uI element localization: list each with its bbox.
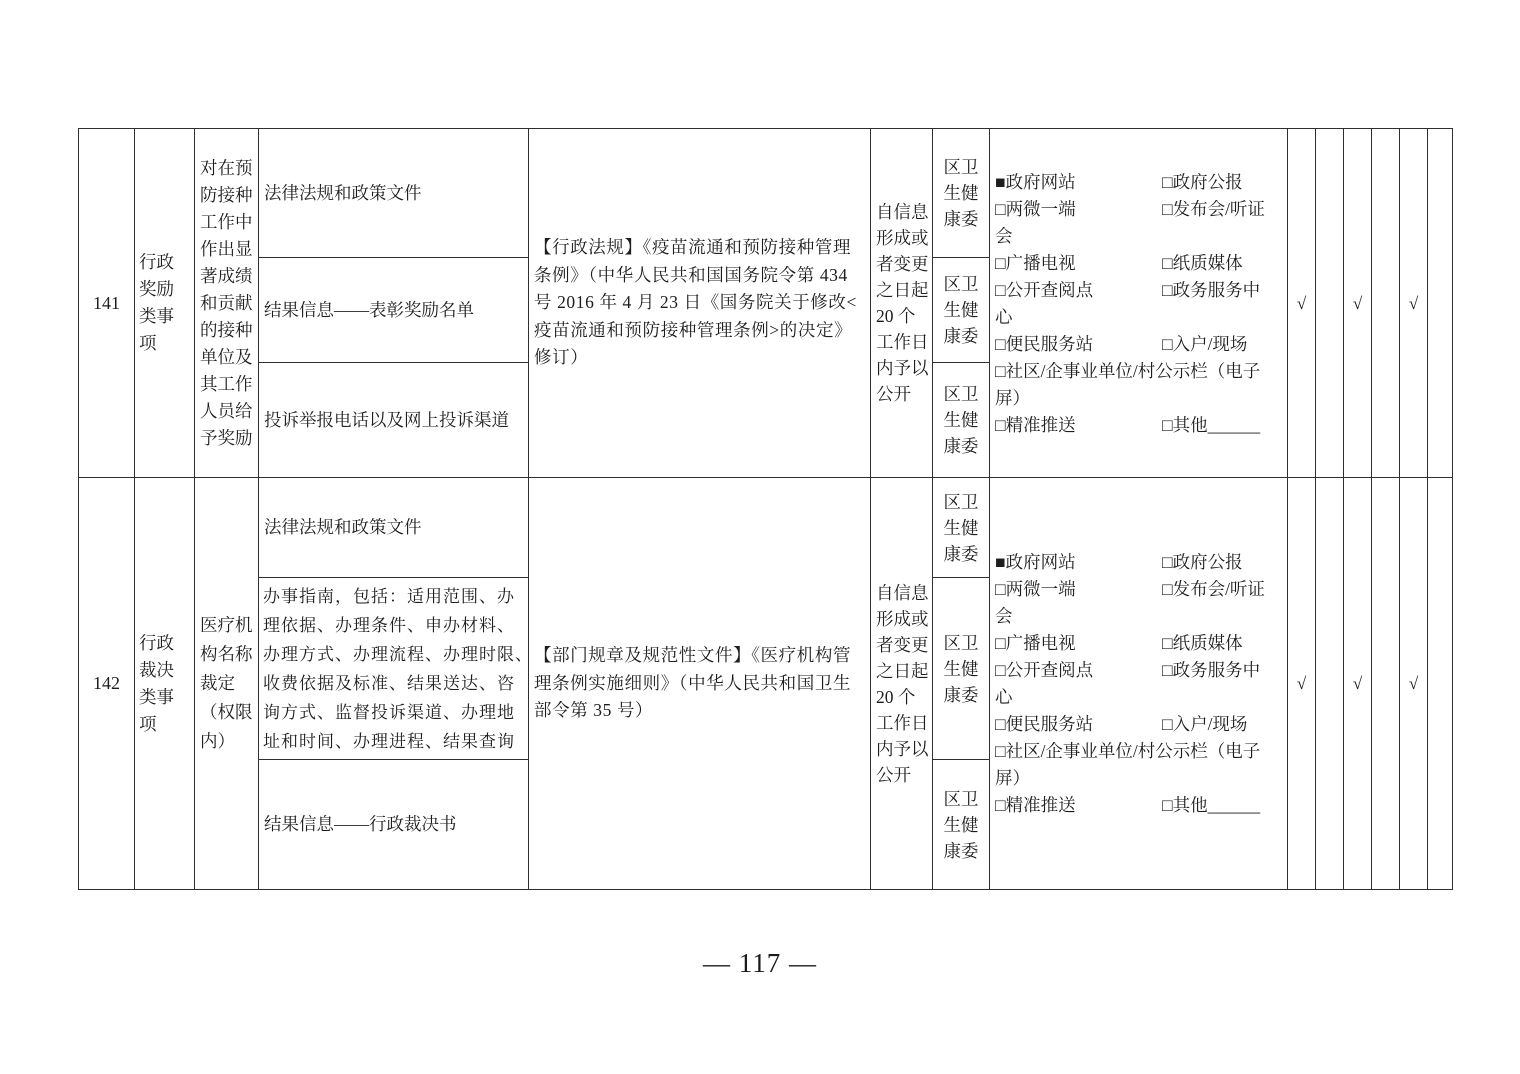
item-name-cell-142: 医疗机 构名称 裁定 （权限 内）	[194, 477, 258, 889]
document-page: 141 行政 奖励 类事 项 对在预 防接种 工作中 作出显 著成绩 和贡献 的…	[0, 0, 1520, 1074]
timing-cell-142: 自信息 形成或 者变更 之日起 20 个 工作日 内予以 公开	[870, 477, 932, 889]
content-cell-141-2: 结果信息——表彰奖励名单	[258, 257, 528, 362]
check-cell-141-4	[1371, 129, 1399, 477]
agency-cell-142-1: 区卫 生健 康委	[932, 477, 989, 577]
item-name-cell-141: 对在预 防接种 工作中 作出显 著成绩 和贡献 的接种 单位及 其工作 人员给 …	[194, 129, 258, 477]
agency-cell-142-2: 区卫 生健 康委	[932, 577, 989, 759]
check-cell-141-3: √	[1343, 129, 1371, 477]
seq-cell-142: 142	[79, 477, 134, 889]
check-cell-142-3: √	[1343, 477, 1371, 889]
content-cell-142-3: 结果信息——行政裁决书	[258, 759, 528, 889]
category-cell-142: 行政 裁决 类事 项	[134, 477, 194, 889]
content-cell-142-1: 法律法规和政策文件	[258, 477, 528, 577]
content-cell-142-2: 办事指南，包括：适用范围、办 理依据、办理条件、申办材料、 办理方式、办理流程、…	[258, 577, 528, 759]
check-cell-141-1: √	[1287, 129, 1315, 477]
content-cell-141-3: 投诉举报电话以及网上投诉渠道	[258, 362, 528, 477]
channels-cell-141: ■政府网站 □两微一端 会 □广播电视 □公开查阅点 心 □便民服务站 □社区/…	[989, 129, 1287, 477]
legal-basis-cell-141: 【行政法规】《疫苗流通和预防接种管理 条例》（中华人民共和国国务院令第 434 …	[528, 129, 870, 477]
channels-right-column: □政府公报 □发布会/听证 □纸质媒体 □政务服务中 □入户/现场 □其他___…	[1162, 549, 1265, 819]
channels-cell-142: ■政府网站 □两微一端 会 □广播电视 □公开查阅点 心 □便民服务站 □社区/…	[989, 477, 1287, 889]
agency-cell-141-3: 区卫 生健 康委	[932, 362, 989, 477]
check-cell-141-2	[1315, 129, 1343, 477]
seq-cell-141: 141	[79, 129, 134, 477]
check-cell-142-2	[1315, 477, 1343, 889]
check-cell-141-6	[1427, 129, 1452, 477]
timing-cell-141: 自信息 形成或 者变更 之日起 20 个 工作日 内予以 公开	[870, 129, 932, 477]
check-cell-142-5: √	[1399, 477, 1427, 889]
agency-cell-141-1: 区卫 生健 康委	[932, 129, 989, 257]
agency-cell-142-3: 区卫 生健 康委	[932, 759, 989, 889]
legal-basis-cell-142: 【部门规章及规范性文件】《医疗机构管 理条例实施细则》（中华人民共和国卫生 部令…	[528, 477, 870, 889]
page-number: — 117 —	[0, 948, 1520, 979]
check-cell-141-5: √	[1399, 129, 1427, 477]
category-cell-141: 行政 奖励 类事 项	[134, 129, 194, 477]
channels-right-column: □政府公报 □发布会/听证 □纸质媒体 □政务服务中 □入户/现场 □其他___…	[1162, 169, 1265, 439]
disclosure-matters-table: 141 行政 奖励 类事 项 对在预 防接种 工作中 作出显 著成绩 和贡献 的…	[78, 128, 1453, 890]
agency-cell-141-2: 区卫 生健 康委	[932, 257, 989, 362]
content-cell-141-1: 法律法规和政策文件	[258, 129, 528, 257]
check-cell-142-1: √	[1287, 477, 1315, 889]
check-cell-142-6	[1427, 477, 1452, 889]
check-cell-142-4	[1371, 477, 1399, 889]
